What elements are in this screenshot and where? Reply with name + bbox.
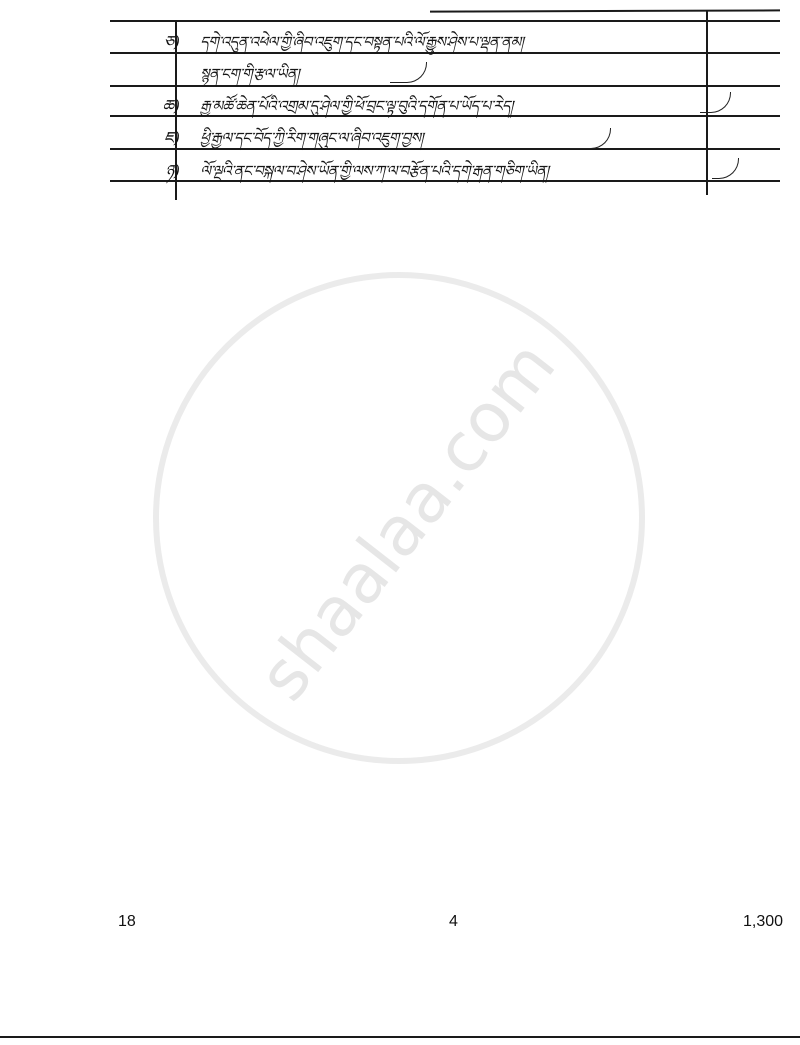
- top-border-line: [430, 9, 780, 12]
- tick-mark-icon: [570, 128, 611, 149]
- bottom-rule: [0, 1036, 800, 1038]
- table-rule-0: [110, 20, 780, 22]
- tick-mark-icon: [700, 92, 731, 113]
- row-label: ཉ): [150, 153, 180, 198]
- row-text: ལོ་ལྔའི་ནང་བསྐལ་བ་ཤེས་ཡོན་གྱི་ལས་ཀ་ལ་བརྩ…: [200, 155, 548, 197]
- tick-mark-icon: [390, 62, 427, 83]
- row-label: ཅ): [150, 24, 180, 69]
- tick-mark-icon: [712, 158, 739, 179]
- footer-left-code: 18: [118, 913, 136, 931]
- page-number: 4: [449, 913, 458, 931]
- footer-right-count: 1,300: [743, 913, 783, 931]
